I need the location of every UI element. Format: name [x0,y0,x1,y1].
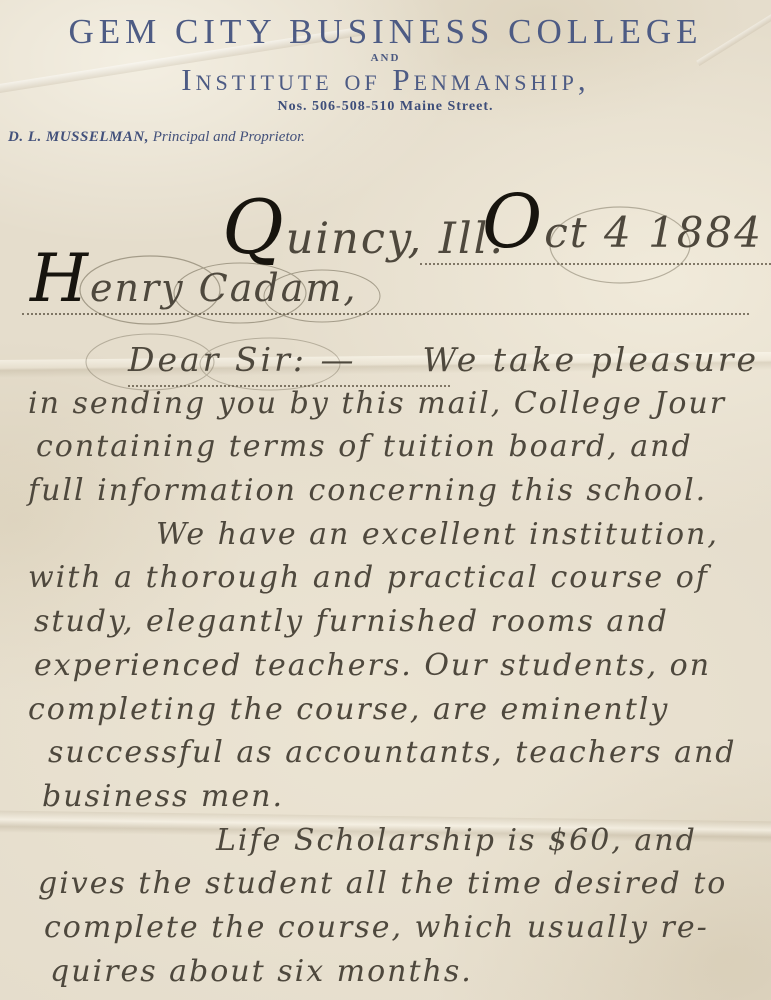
letter-line: experienced teachers. Our students, on [34,644,765,688]
letterhead-title: GEM CITY BUSINESS COLLEGE [0,12,771,52]
handwritten-recipient: Henry Cadam, [30,266,358,310]
letterhead-address: Nos. 506-508-510 Maine Street. [0,99,771,115]
letter-line: successful as accountants, teachers and [48,731,765,775]
letter-line: full information concerning this school. [28,469,765,513]
handwritten-place: Quincy, Ill. [222,214,505,264]
letter-page: GEM CITY BUSINESS COLLEGE AND Institute … [0,0,771,1000]
letter-line: study, elegantly furnished rooms and [34,600,765,644]
letter-line: complete the course, which usually re- [44,906,765,950]
letterhead-subtitle: Institute of Penmanship, [0,62,771,98]
letter-line: quires about six months. [50,950,765,994]
letter-line: Life Scholarship is $60, and [216,819,765,863]
salutation-line: Dear Sir: —We take pleasure [128,338,765,382]
letter-line: with a thorough and practical course of [28,556,765,600]
letter-line: We have an excellent institution, [156,513,765,557]
principal-name: D. L. MUSSELMAN, [8,129,149,145]
letter-line: completing the course, are eminently [28,688,765,732]
letter-body: Dear Sir: —We take pleasure in sending y… [28,338,765,993]
letterhead-principal: D. L. MUSSELMAN, Principal and Proprieto… [8,129,305,146]
letter-line: gives the student all the time desired t… [38,862,765,906]
salutation-intro: We take pleasure [422,340,759,379]
dotted-rule-recipient [22,313,749,315]
letter-line: business men. [42,775,765,819]
salutation: Dear Sir: — [128,340,356,379]
letter-line: in sending you by this mail, College Jou… [28,382,765,426]
letter-line: containing terms of tuition board, and [36,425,765,469]
principal-title: Principal and Proprietor. [153,129,305,145]
handwritten-date: Oct 4 1884 [482,208,763,257]
